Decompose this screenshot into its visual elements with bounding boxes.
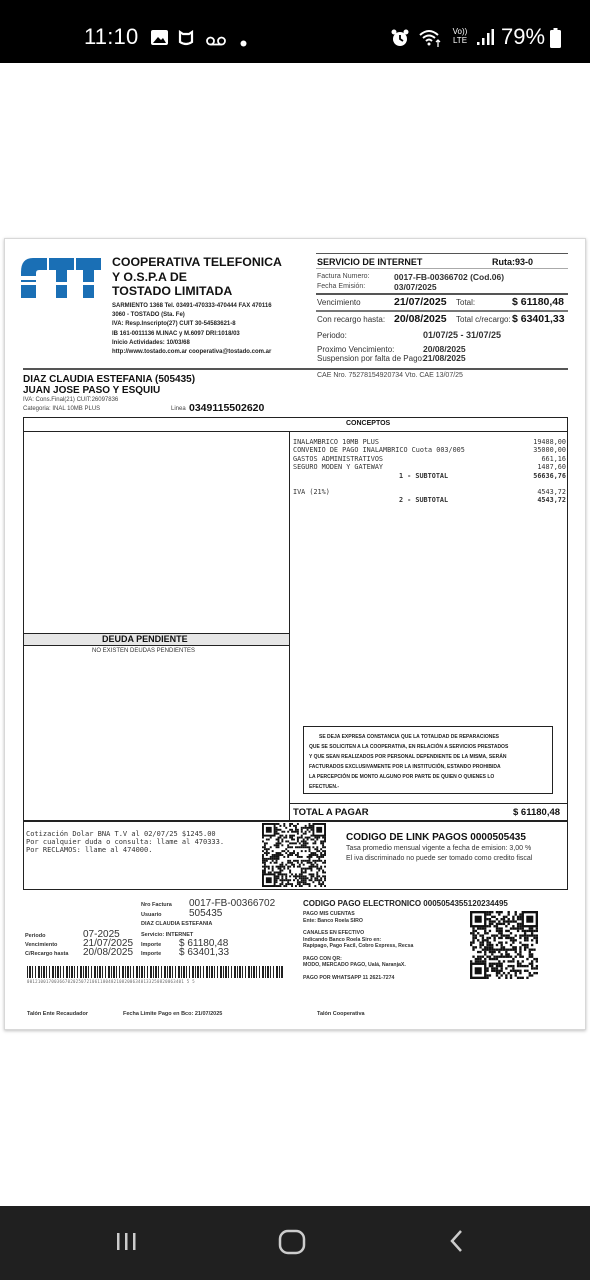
deuda-text: NO EXISTEN DEUDAS PENDIENTES: [92, 648, 195, 654]
list-item: CONVENIO DE PAGO INALAMBRICO Cuota 003/0…: [293, 446, 566, 454]
company-info-line: http://www.tostado.com.ar cooperativa@to…: [112, 348, 272, 357]
talon-ente-label: Talón Ente Recaudador: [27, 1011, 88, 1017]
link-pagos: CODIGO DE LINK PAGOS 0000505435: [346, 832, 526, 843]
tasa: Tasa promedio mensual vigente a fecha de…: [346, 845, 531, 852]
usuario: 505435: [189, 908, 222, 919]
company-info-line: 3060 - TOSTADO (Sta. Fe): [112, 311, 272, 320]
total-recargo-label: Total c/recargo:: [456, 315, 511, 324]
talon-nombre: DIAZ CLAUDIA ESTEFANIA: [141, 921, 212, 927]
fecha-limite: Fecha Limite Pago en Bco: 21/07/2025: [123, 1011, 222, 1017]
cae: CAE Nro. 75278154920734 Vto. CAE 13/07/2…: [317, 372, 463, 379]
battery-percent: 79%: [501, 24, 545, 50]
periodo-label: Periodo: [25, 933, 45, 939]
ctt-logo-icon: [19, 256, 101, 300]
total-a-pagar-label: TOTAL A PAGAR: [293, 807, 369, 818]
back-button[interactable]: [445, 1224, 469, 1258]
codigo-pago: CODIGO PAGO ELECTRONICO 0005054355120234…: [303, 899, 508, 908]
company-info-line: SARMIENTO 1368 Tel. 03491-470333-470444 …: [112, 302, 272, 311]
notice-box: SE DEJA EXPRESA CONSTANCIA QUE LA TOTALI…: [303, 726, 553, 794]
company-info-line: Inicio Actividades: 10/03/68: [112, 339, 272, 348]
recargo-label: Con recargo hasta:: [317, 315, 385, 324]
vencimiento-label: Vencimiento: [25, 942, 57, 948]
volte-icon: Vo)) LTE: [450, 27, 470, 45]
list-item: INALAMBRICO 10MB PLUS19488,00: [293, 438, 566, 446]
company-info-line: IB 161-0011136 M.INAC y M.6097 DRI:1018/…: [112, 330, 272, 339]
recargo-value: 20/08/2025: [83, 947, 133, 958]
periodo-label: Periodo:: [317, 331, 347, 340]
prox-venc-label: Proximo Vencimiento:: [317, 345, 394, 354]
list-item: GASTOS ADMINISTRATIVOS661,16: [293, 455, 566, 463]
qr-code-pago: [470, 911, 538, 979]
client-name: DIAZ CLAUDIA ESTEFANIA (505435): [23, 374, 195, 385]
dot-icon: [240, 34, 247, 51]
subtotal-1: 1 - SUBTOTAL56636,76: [293, 472, 566, 480]
factura-label: Factura Numero:: [317, 273, 370, 280]
recargo-date: 20/08/2025: [394, 313, 447, 325]
shield-icon: [178, 30, 194, 50]
talon-coop-label: Talón Cooperativa: [317, 1011, 365, 1017]
voicemail-icon: [206, 33, 226, 50]
barcode: [27, 966, 284, 978]
company-name-line: Y O.S.P.A DE: [112, 270, 282, 285]
usuario-label: Usuario: [141, 912, 161, 918]
gallery-icon: [151, 30, 168, 49]
client-iva: IVA: Cons.Final(21) CUIT:26097836: [23, 397, 118, 403]
recents-button[interactable]: [112, 1224, 142, 1258]
qr-code: [262, 823, 326, 887]
importe-label: Importe: [141, 942, 161, 948]
battery-icon: [550, 28, 561, 52]
navigation-bar: [0, 1206, 590, 1280]
total-a-pagar-value: $ 61180,48: [513, 807, 560, 818]
fecha-emision: 03/07/2025: [394, 282, 437, 292]
company-name-line: COOPERATIVA TELEFONICA: [112, 255, 282, 270]
client-address: JUAN JOSE PASO Y ESQUIU: [23, 385, 160, 396]
status-bar: 11:10 Vo)) LTE 79%: [0, 0, 590, 63]
barcode-digits: 0012100170036670202507210611804821082006…: [27, 979, 195, 984]
iva-note: El iva discriminado no puede ser tomado …: [346, 855, 532, 862]
subtotal-2: 2 - SUBTOTAL4543,72: [293, 496, 566, 504]
company-name-line: TOSTADO LIMITADA: [112, 284, 282, 299]
conceptos-list: INALAMBRICO 10MB PLUS19488,00 CONVENIO D…: [293, 438, 566, 505]
deuda-title: DEUDA PENDIENTE: [102, 634, 188, 644]
importe-2: $ 63401,33: [179, 947, 229, 958]
importe-label: Importe: [141, 951, 161, 957]
company-info-line: IVA: Resp.Inscripto(27) CUIT 30-54583621…: [112, 320, 272, 329]
company-name: COOPERATIVA TELEFONICA Y O.S.P.A DE TOST…: [112, 255, 282, 299]
ruta: Ruta:93-0: [492, 257, 533, 267]
divider: [23, 368, 568, 370]
total-recargo-value: $ 63401,33: [512, 313, 565, 325]
wifi-icon: [418, 28, 442, 52]
info-lines: Cotización Dolar BNA T.V al 02/07/25 $12…: [26, 830, 224, 854]
periodo: 01/07/25 - 31/07/25: [423, 330, 501, 340]
service-title: SERVICIO DE INTERNET: [317, 257, 422, 267]
list-item: SEGURO MODEN Y GATEWAY1487,60: [293, 463, 566, 471]
vencimiento-label: Vencimiento: [317, 298, 361, 307]
total-label: Total:: [456, 298, 475, 307]
canales: PAGO MIS CUENTAS Ente: Banco Roela SIRO …: [303, 911, 413, 981]
recargo-label: C/Recargo hasta: [25, 951, 68, 957]
vencimiento: 21/07/2025: [394, 296, 447, 308]
total-value: $ 61180,48: [512, 296, 564, 308]
company-info: SARMIENTO 1368 Tel. 03491-470333-470444 …: [112, 302, 272, 357]
linea-label: Linea: [171, 406, 186, 412]
suspension-label: Suspension por falta de Pago:: [317, 354, 424, 363]
signal-icon: [476, 28, 494, 50]
factura-number: 0017-FB-00366702 (Cod.06): [394, 272, 504, 282]
client-categoria: Categoria: INAL 10MB PLUS: [23, 406, 100, 412]
iva-row: IVA (21%)4543,72: [293, 488, 566, 496]
linea-number: 0349115502620: [189, 402, 264, 414]
invoice-page: COOPERATIVA TELEFONICA Y O.S.P.A DE TOST…: [4, 238, 586, 1030]
home-button[interactable]: [277, 1224, 307, 1258]
nro-factura-label: Nro Factura: [141, 902, 172, 908]
alarm-icon: [390, 28, 410, 52]
suspension: 21/08/2025: [423, 353, 466, 363]
fecha-emision-label: Fecha Emisión:: [317, 283, 365, 290]
clock: 11:10: [84, 24, 138, 50]
conceptos-title: CONCEPTOS: [346, 420, 390, 427]
